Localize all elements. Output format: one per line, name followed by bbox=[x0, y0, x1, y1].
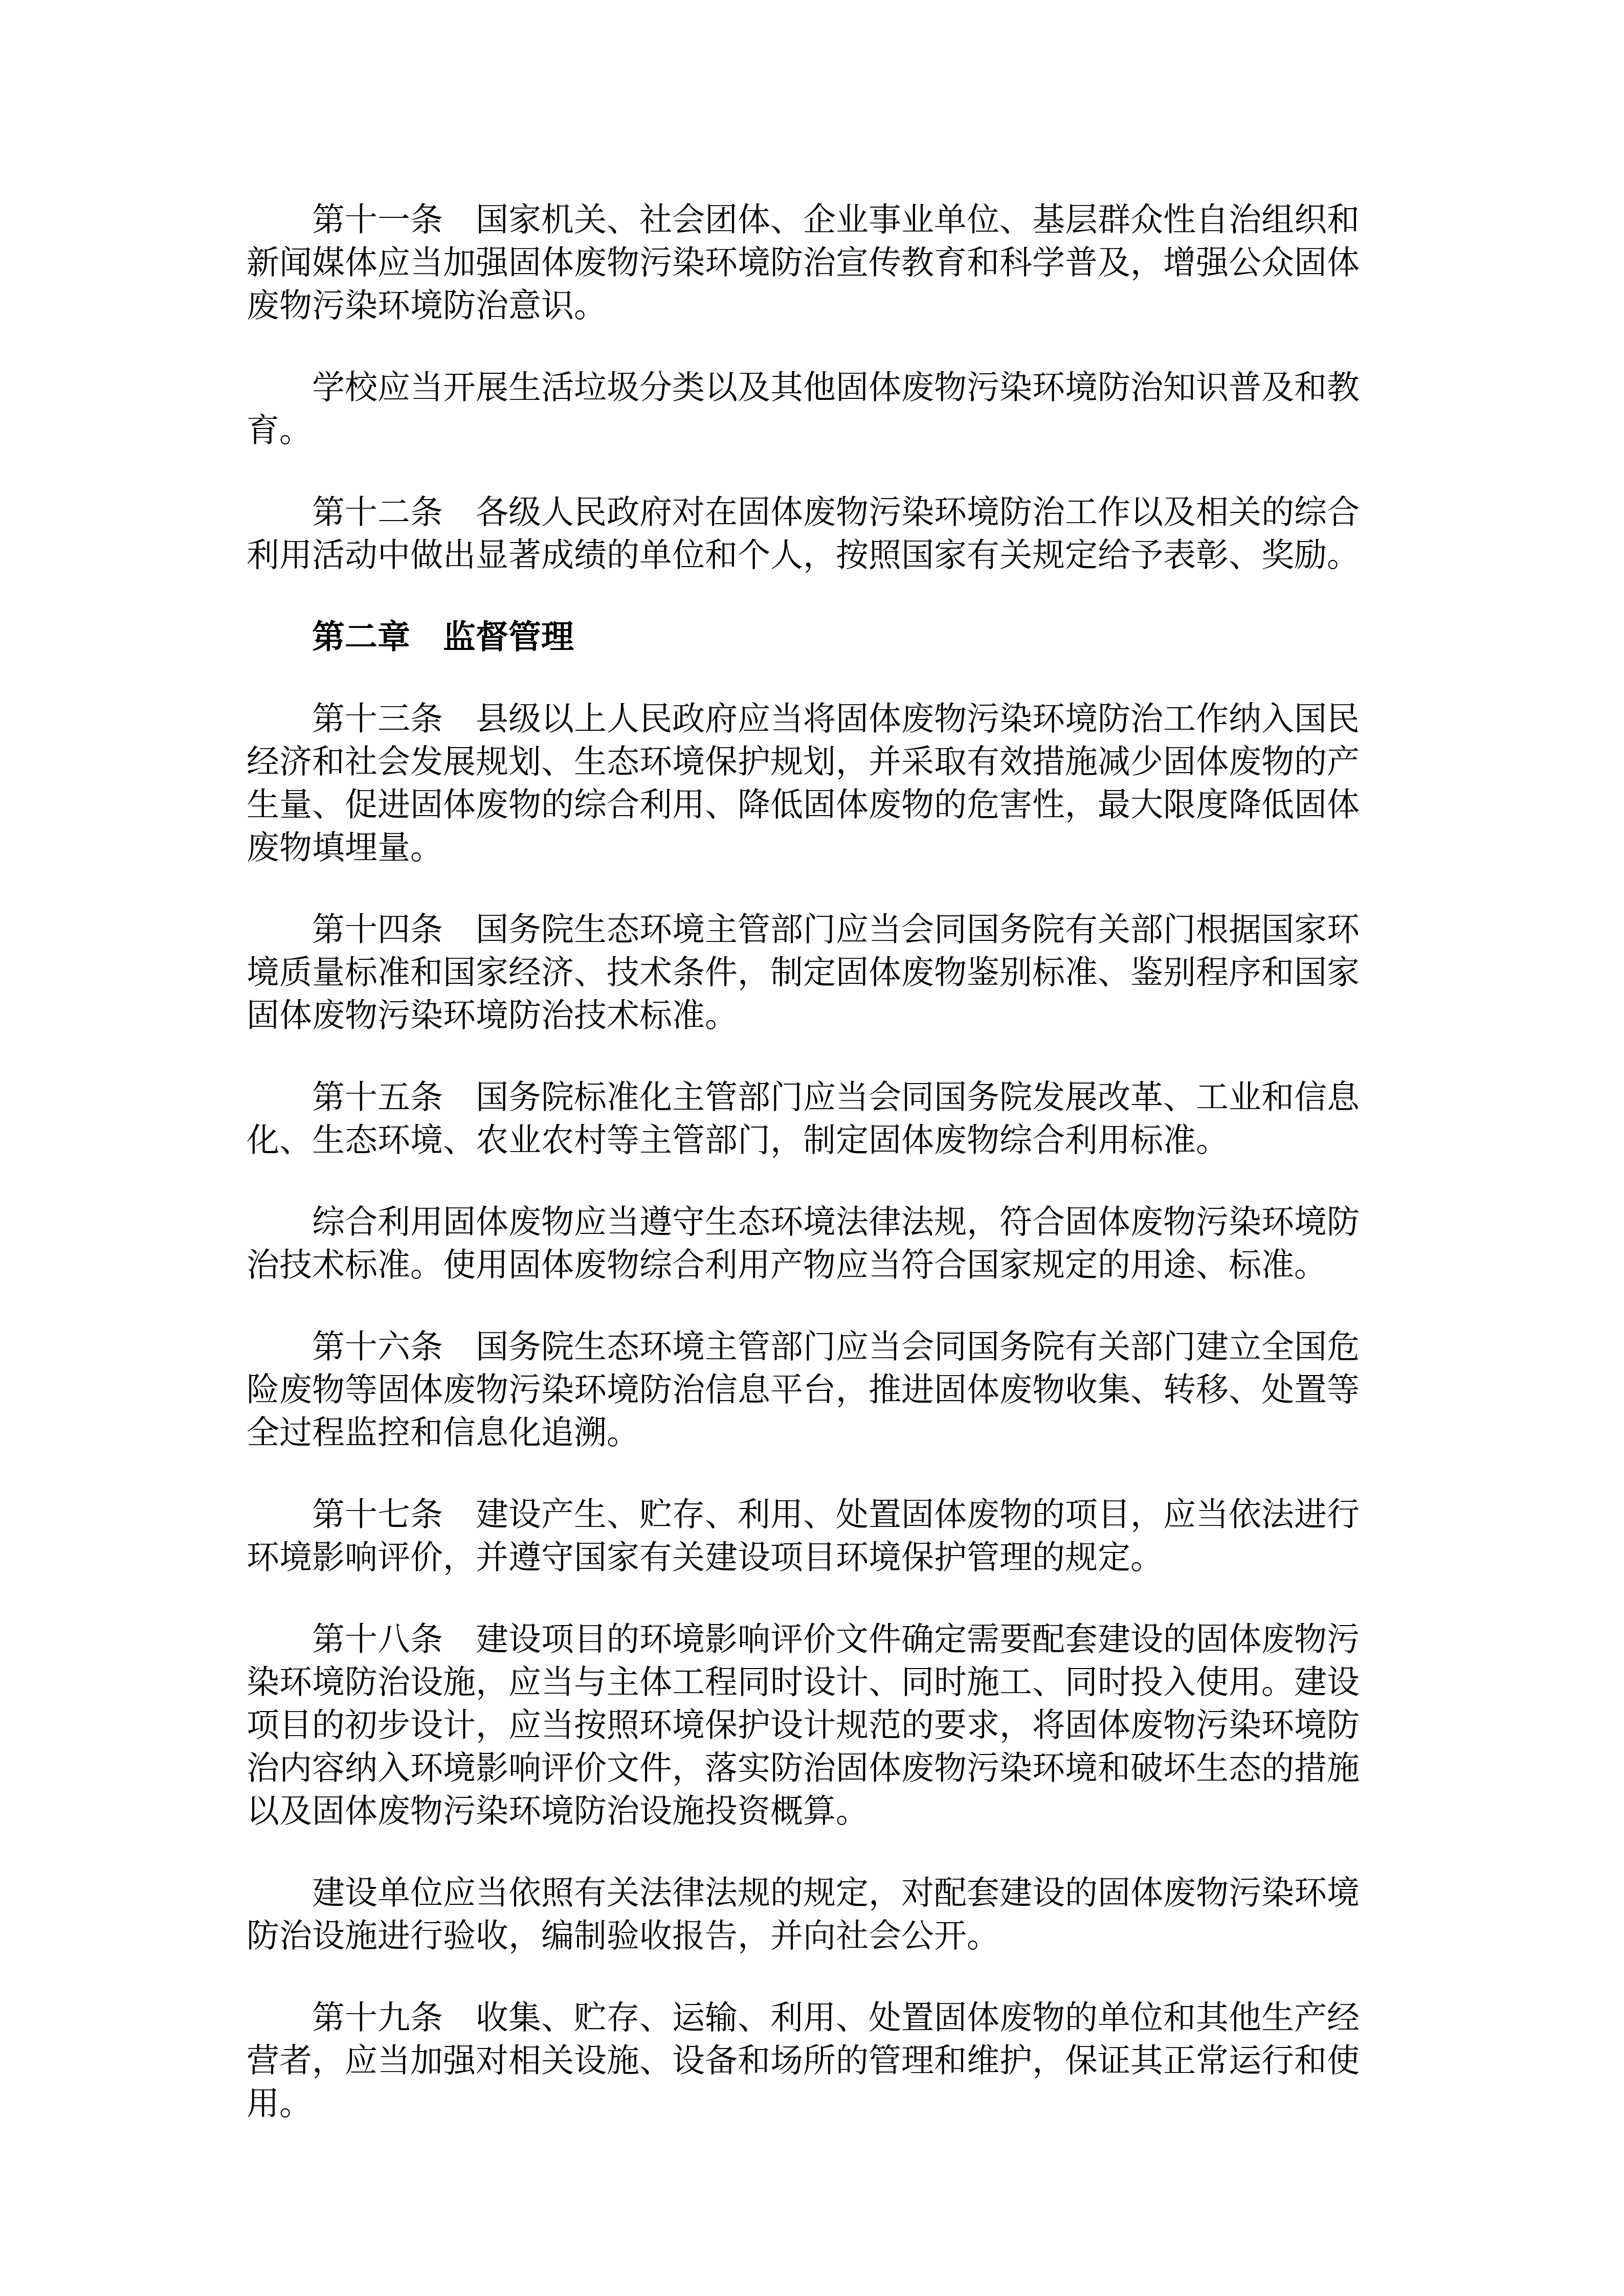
paragraph-article-11-clause-2: 学校应当开展生活垃圾分类以及其他固体废物污染环境防治知识普及和教育。 bbox=[247, 366, 1360, 452]
document-text-block: 第十一条 国家机关、社会团体、企业事业单位、基层群众性自治组织和新闻媒体应当加强… bbox=[247, 198, 1360, 2125]
chapter-2-heading: 第二章 监督管理 bbox=[247, 616, 1360, 659]
paragraph-article-18: 第十八条 建设项目的环境影响评价文件确定需要配套建设的固体废物污染环境防治设施，… bbox=[247, 1618, 1360, 1833]
paragraph-article-13: 第十三条 县级以上人民政府应当将固体废物污染环境防治工作纳入国民经济和社会发展规… bbox=[247, 697, 1360, 869]
paragraph-article-18-clause-2: 建设单位应当依照有关法律法规的规定，对配套建设的固体废物污染环境防治设施进行验收… bbox=[247, 1872, 1360, 1957]
paragraph-article-15: 第十五条 国务院标准化主管部门应当会同国务院发展改革、工业和信息化、生态环境、农… bbox=[247, 1076, 1360, 1162]
paragraph-article-19: 第十九条 收集、贮存、运输、利用、处置固体废物的单位和其他生产经营者，应当加强对… bbox=[247, 1996, 1360, 2125]
paragraph-article-14: 第十四条 国务院生态环境主管部门应当会同国务院有关部门根据国家环境质量标准和国家… bbox=[247, 908, 1360, 1037]
paragraph-article-16: 第十六条 国务院生态环境主管部门应当会同国务院有关部门建立全国危险废物等固体废物… bbox=[247, 1325, 1360, 1454]
paragraph-article-12: 第十二条 各级人民政府对在固体废物污染环境防治工作以及相关的综合利用活动中做出显… bbox=[247, 491, 1360, 577]
paragraph-article-17: 第十七条 建设产生、贮存、利用、处置固体废物的项目，应当依法进行环境影响评价，并… bbox=[247, 1493, 1360, 1579]
paragraph-article-15-clause-2: 综合利用固体废物应当遵守生态环境法律法规，符合固体废物污染环境防治技术标准。使用… bbox=[247, 1201, 1360, 1287]
paragraph-article-11: 第十一条 国家机关、社会团体、企业事业单位、基层群众性自治组织和新闻媒体应当加强… bbox=[247, 198, 1360, 327]
document-page: { "page": { "background_color": "#ffffff… bbox=[0, 0, 1624, 2296]
